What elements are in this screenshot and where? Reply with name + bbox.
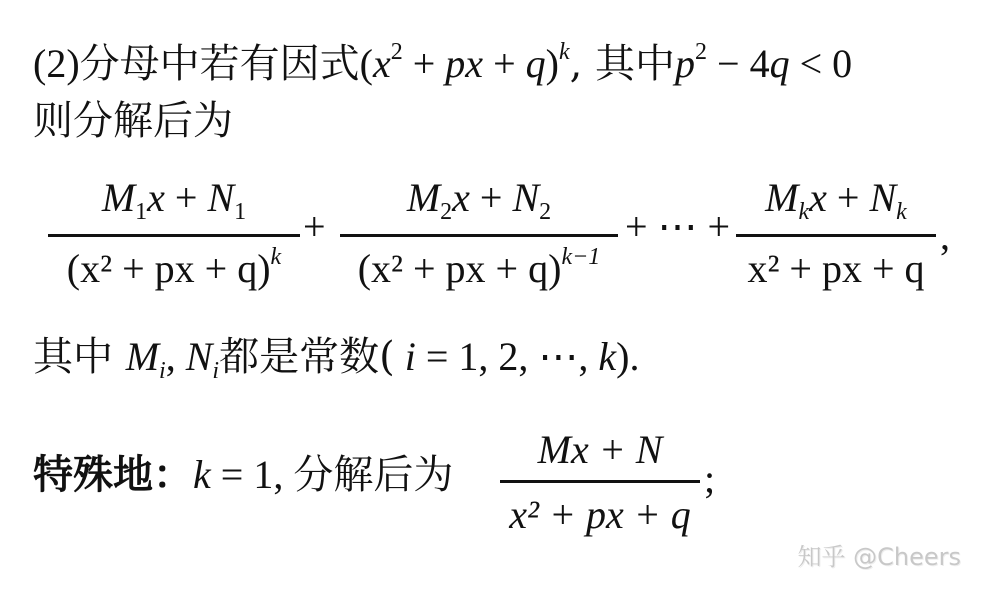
condition-line: (2)分母中若有因式(x2 + px + q)k, 其中p2 − 4q < 0 (33, 38, 852, 96)
plus-sign: + (303, 203, 326, 250)
fraction-term-1: M1x + N1 (x² + px + q)k (48, 176, 300, 297)
special-case-line: 特殊地：k = 1, 分解后为 (33, 450, 453, 500)
item-number: (2) (33, 41, 80, 86)
condition-text: 分母中若有因式 (80, 41, 360, 87)
ellipsis-terms: + ⋯ + (625, 203, 730, 250)
fraction-term-2: M2x + N2 (x² + px + q)k−1 (340, 176, 618, 297)
decomposition-intro: 则分解后为 (33, 96, 233, 146)
trailing-comma: , (940, 212, 950, 259)
fraction-bar (340, 234, 618, 237)
where-text: , 其中 (570, 41, 675, 87)
special-case-label: 特殊地： (33, 451, 193, 498)
constants-note: 其中 Mi, Ni都是常数( i = 1, 2, ⋯, k). (33, 332, 639, 388)
fraction-bar (736, 234, 936, 237)
fraction-bar (500, 480, 700, 483)
watermark: 知乎 @Cheers (798, 537, 962, 572)
semicolon: ; (704, 455, 715, 502)
fraction-term-k: Mkx + Nk x² + px + q (736, 176, 936, 291)
special-case-fraction: Mx + N x² + px + q (500, 428, 700, 537)
quadratic-factor: (x2 + px + q)k (360, 41, 570, 86)
discriminant-condition: p2 − 4q < 0 (675, 41, 852, 86)
fraction-bar (48, 234, 300, 237)
